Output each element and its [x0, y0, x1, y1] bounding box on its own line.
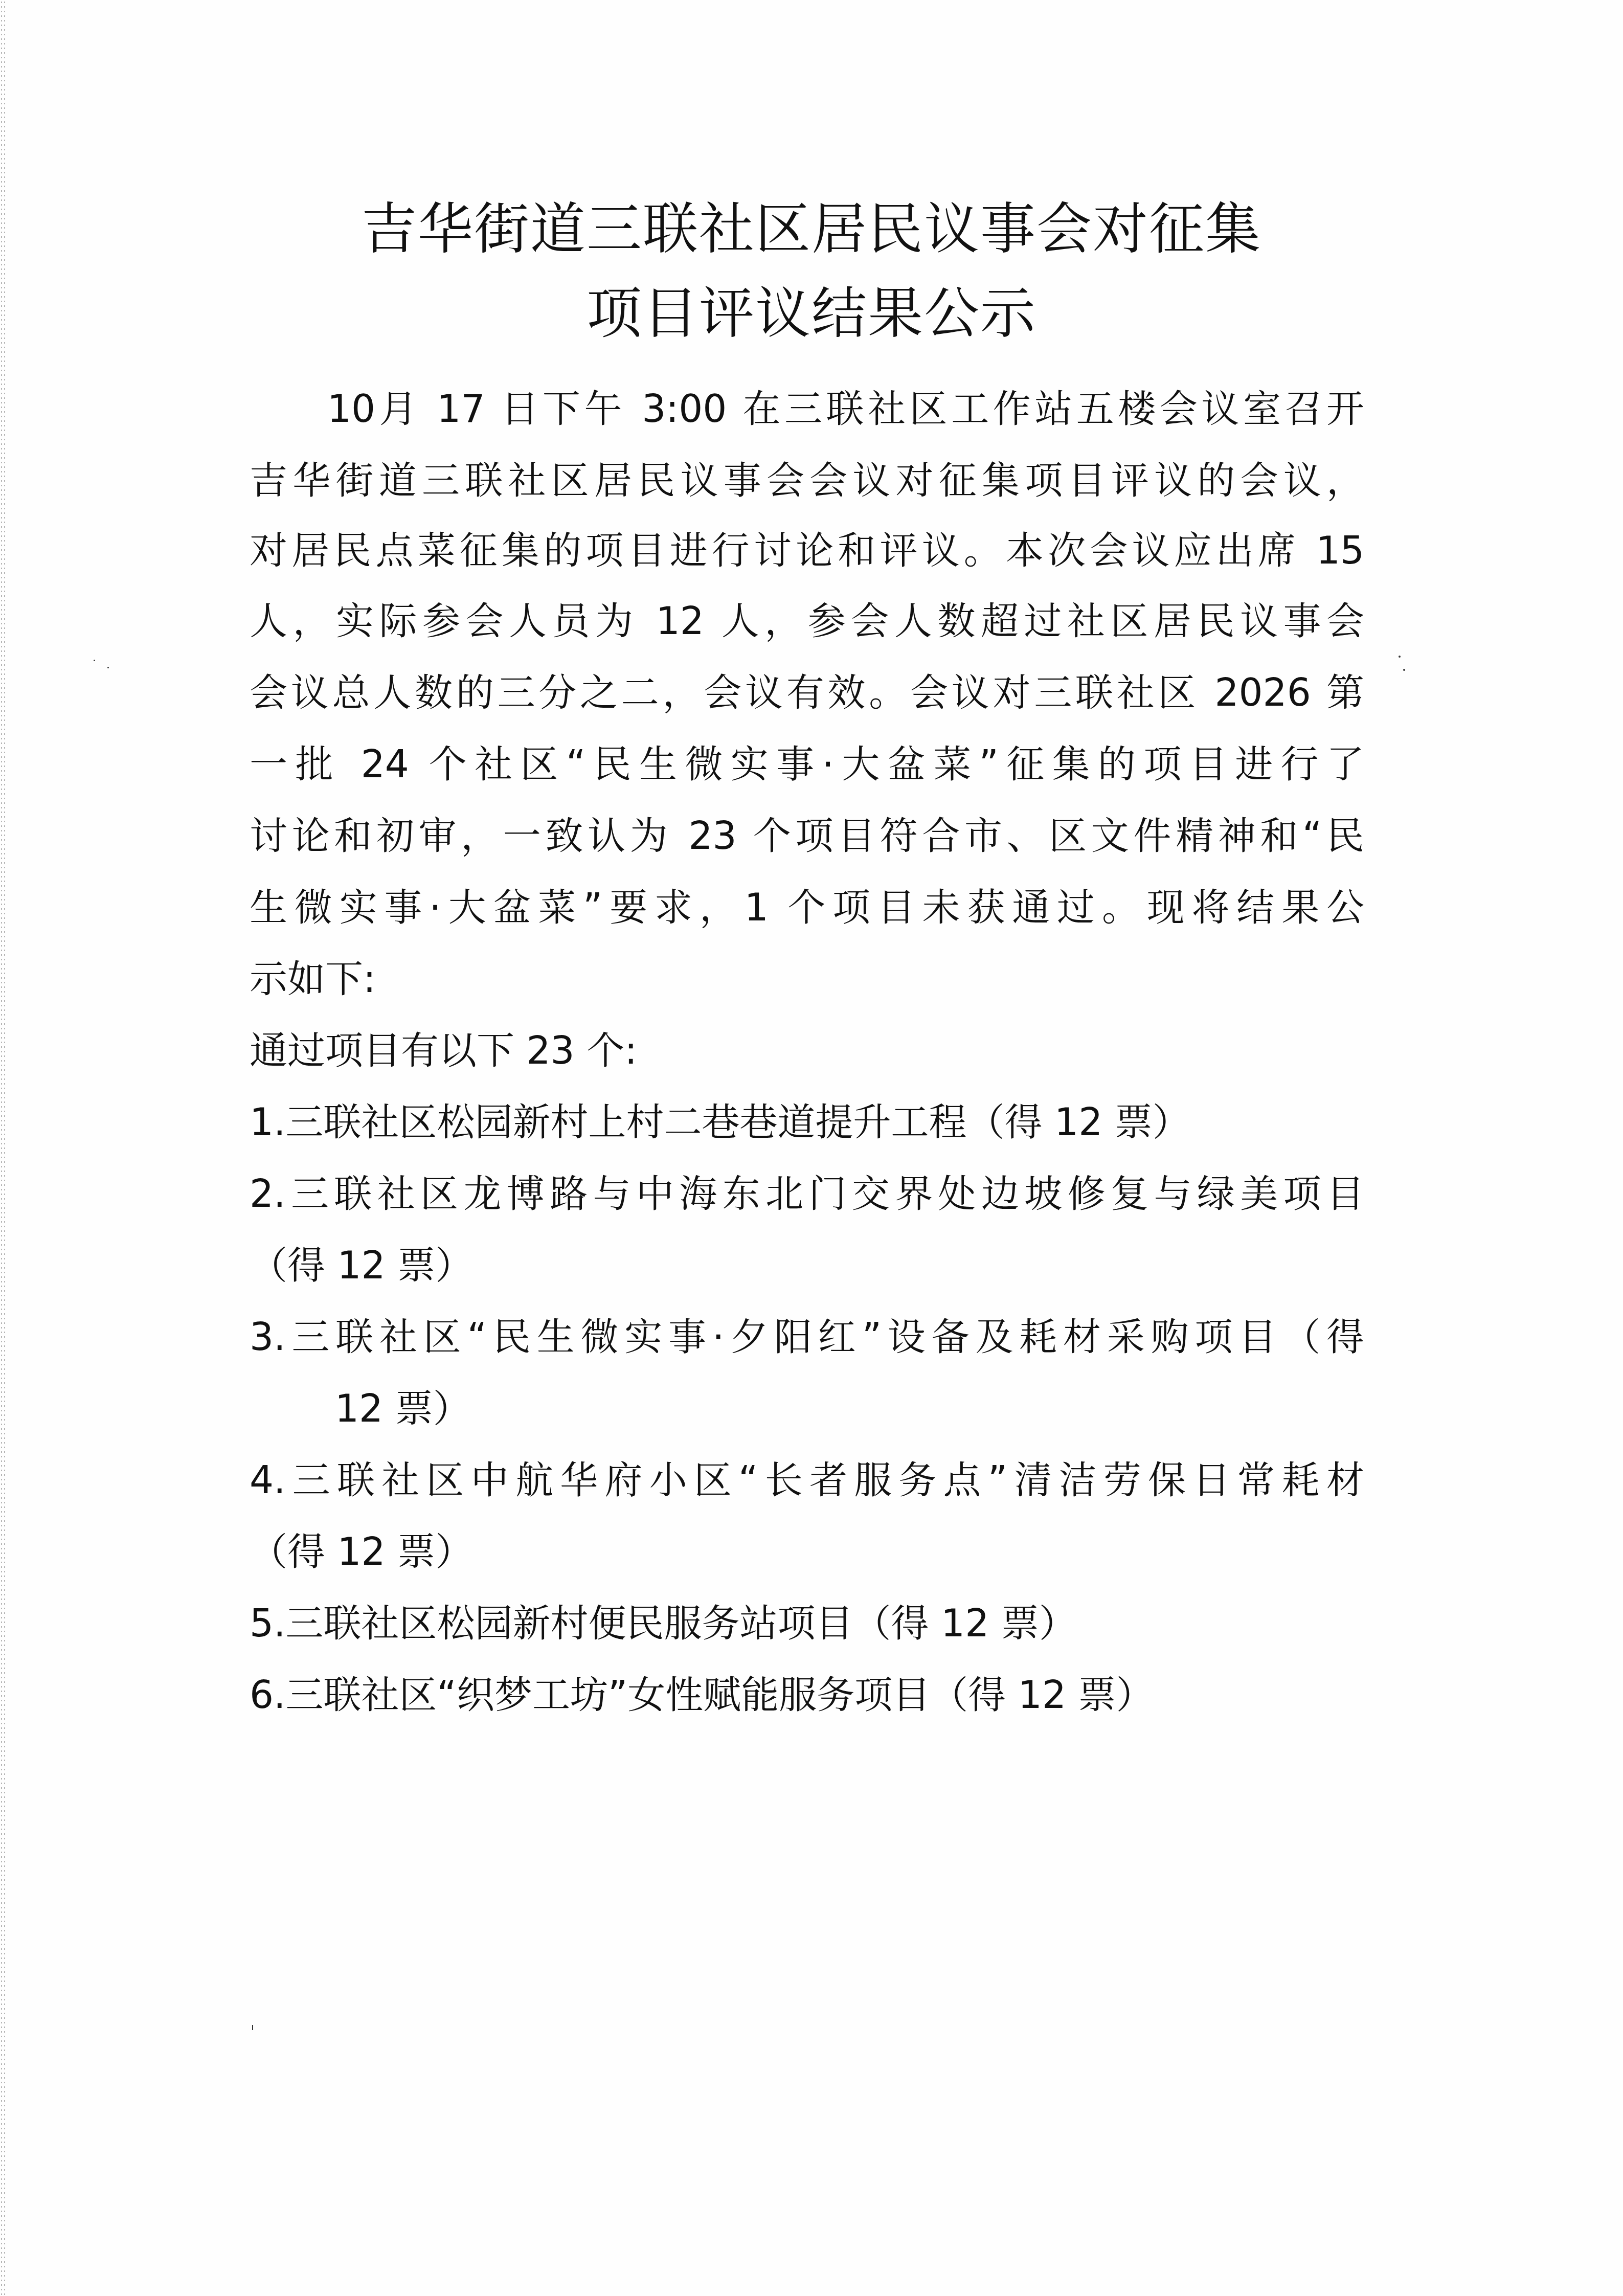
list-item: 4.三联社区中航华府小区“长者服务点”清洁劳保日常耗材 [250, 1461, 1364, 1499]
body-line: 会议总人数的三分之二，会议有效。会议对三联社区 2026 第 [250, 674, 1364, 712]
scan-speck [107, 667, 109, 668]
body-line: 讨论和初审，一致认为 23 个项目符合市、区文件精神和“民 [250, 817, 1364, 855]
document-title-line-1: 吉华街道三联社区居民议事会对征集 [0, 202, 1623, 257]
scan-speck [94, 660, 95, 661]
scan-speck [1403, 669, 1405, 671]
body-line: 人，实际参会人员为 12 人，参会人数超过社区居民议事会 [250, 602, 1364, 640]
list-item: 6.三联社区“织梦工坊”女性赋能服务项目（得 12 票） [250, 1676, 1364, 1714]
body-line: 一批 24 个社区“民生微实事·大盆菜”征集的项目进行了 [250, 746, 1364, 783]
body-line: 10月 17 日下午 3:00 在三联社区工作站五楼会议室召开 [327, 390, 1364, 428]
list-item-continuation: （得 12 票） [250, 1533, 1364, 1571]
list-item: 3.三联社区“民生微实事·夕阳红”设备及耗材采购项目（得 [250, 1318, 1364, 1356]
body-line: 示如下: [250, 960, 1364, 998]
body-line: 生微实事·大盆菜”要求，1 个项目未获通过。现将结果公 [250, 889, 1364, 927]
list-item: 1.三联社区松园新村上村二巷巷道提升工程（得 12 票） [250, 1104, 1364, 1141]
passed-projects-heading: 通过项目有以下 23 个: [250, 1032, 1364, 1070]
scan-speck [252, 2025, 253, 2030]
list-item-continuation: 12 票） [335, 1390, 1450, 1428]
body-line: 吉华街道三联社区居民议事会会议对征集项目评议的会议， [250, 462, 1364, 500]
list-item-continuation: （得 12 票） [250, 1247, 1364, 1285]
list-item: 5.三联社区松园新村便民服务站项目（得 12 票） [250, 1605, 1364, 1642]
body-line: 对居民点菜征集的项目进行讨论和评议。本次会议应出席 15 [250, 532, 1364, 570]
list-item: 2.三联社区龙博路与中海东北门交界处边坡修复与绿美项目 [250, 1175, 1364, 1213]
document-title-line-2: 项目评议结果公示 [0, 286, 1623, 342]
scan-speck [1399, 656, 1401, 658]
document-page: 吉华街道三联社区居民议事会对征集 项目评议结果公示 10月 17 日下午 3:0… [0, 0, 1623, 2296]
scan-edge-noise [0, 0, 6, 2296]
